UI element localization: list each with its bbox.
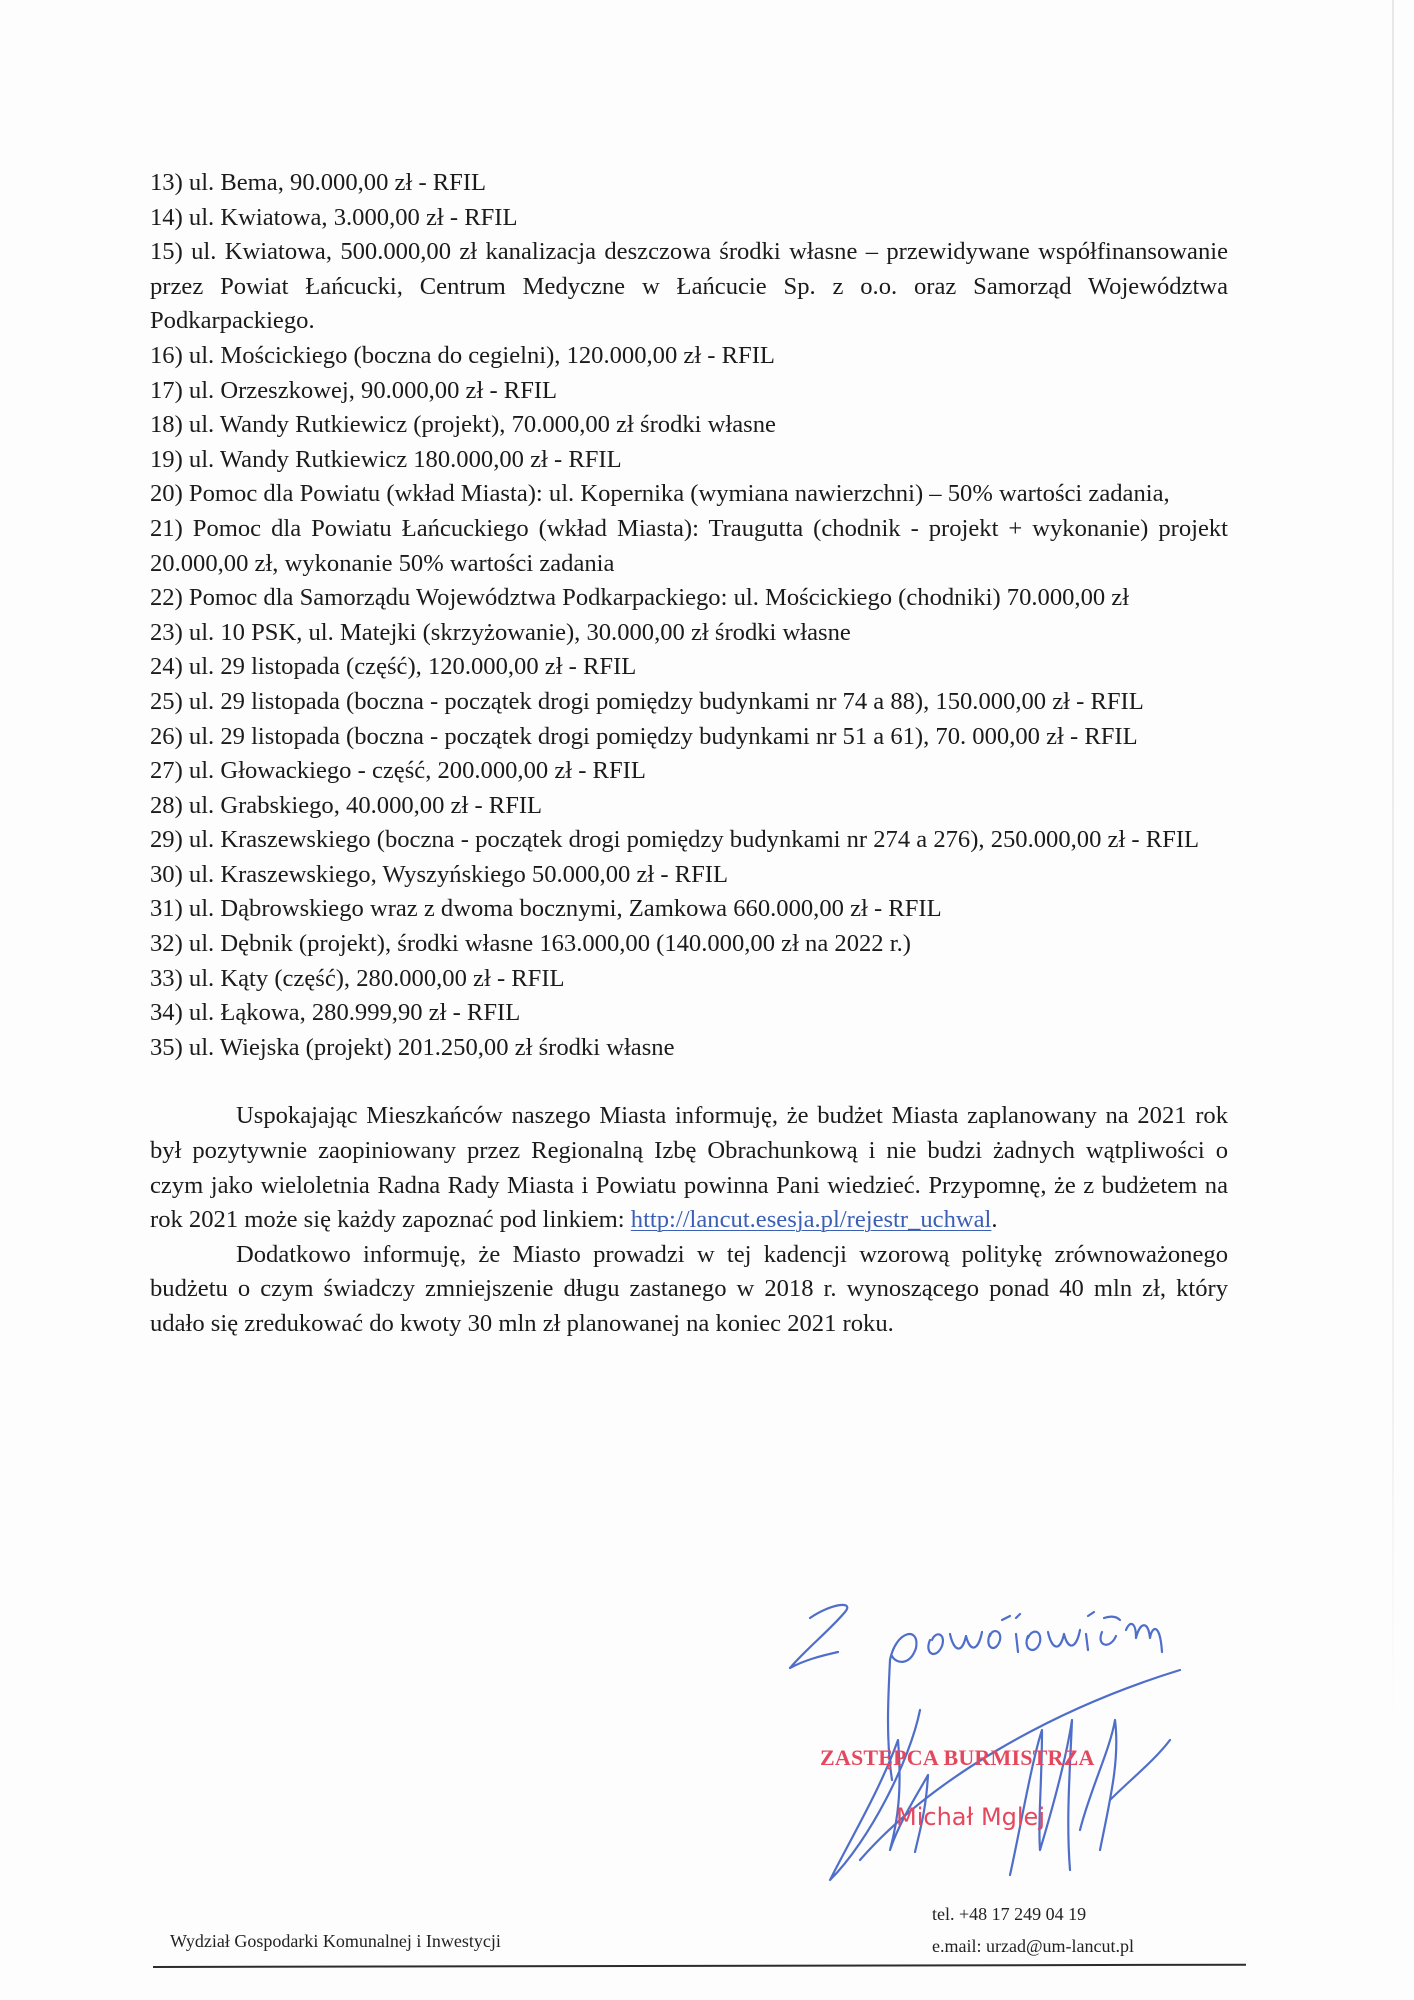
list-item: 17) ul. Orzeszkowej, 90.000,00 zł - RFIL [150, 374, 1228, 409]
stamp-title: ZASTĘPCA BURMISTRZA [820, 1745, 1126, 1771]
list-item: 25) ul. 29 listopada (boczna - początek … [150, 685, 1228, 720]
list-item: 31) ul. Dąbrowskiego wraz z dwoma boczny… [150, 892, 1228, 927]
list-item: 23) ul. 10 PSK, ul. Matejki (skrzyżowani… [150, 616, 1228, 651]
list-item: 16) ul. Mościckiego (boczna do cegielni)… [150, 339, 1228, 374]
list-item: 24) ul. 29 listopada (część), 120.000,00… [150, 650, 1228, 685]
list-item: 35) ul. Wiejska (projekt) 201.250,00 zł … [150, 1031, 1228, 1066]
list-item: 28) ul. Grabskiego, 40.000,00 zł - RFIL [150, 789, 1228, 824]
investment-list: 13) ul. Bema, 90.000,00 zł - RFIL 14) ul… [150, 166, 1228, 1065]
list-item: 27) ul. Głowackiego - część, 200.000,00 … [150, 754, 1228, 789]
budget-paragraph: Uspokajając Mieszkańców naszego Miasta i… [150, 1099, 1228, 1237]
scan-artifact-line [1392, 0, 1394, 1720]
footer-phone: tel. +48 17 249 04 19 [932, 1898, 1134, 1930]
list-item: 13) ul. Bema, 90.000,00 zł - RFIL [150, 166, 1228, 201]
stamp-name: Michał Mglej [896, 1803, 1045, 1831]
list-item: 20) Pomoc dla Powiatu (wkład Miasta): ul… [150, 477, 1228, 512]
list-item: 30) ul. Kraszewskiego, Wyszyńskiego 50.0… [150, 858, 1228, 893]
footer-department: Wydział Gospodarki Komunalnej i Inwestyc… [170, 1931, 501, 1952]
list-item: 22) Pomoc dla Samorządu Województwa Podk… [150, 581, 1228, 616]
document-page: 13) ul. Bema, 90.000,00 zł - RFIL 14) ul… [0, 0, 1414, 2000]
budget-resolutions-link[interactable]: http://lancut.esesja.pl/rejestr_uchwal [631, 1206, 992, 1233]
footer-contact: tel. +48 17 249 04 19 e.mail: urzad@um-l… [932, 1898, 1134, 1962]
document-body: 13) ul. Bema, 90.000,00 zł - RFIL 14) ul… [150, 166, 1228, 1342]
list-item: 32) ul. Dębnik (projekt), środki własne … [150, 927, 1228, 962]
debt-paragraph: Dodatkowo informuję, że Miasto prowadzi … [150, 1238, 1228, 1342]
spacer [150, 1065, 1228, 1099]
list-item: 34) ul. Łąkowa, 280.999,90 zł - RFIL [150, 996, 1228, 1031]
list-item: 21) Pomoc dla Powiatu Łańcuckiego (wkład… [150, 512, 1228, 581]
list-item: 29) ul. Kraszewskiego (boczna - początek… [150, 823, 1228, 858]
list-item: 18) ul. Wandy Rutkiewicz (projekt), 70.0… [150, 408, 1228, 443]
list-item: 15) ul. Kwiatowa, 500.000,00 zł kanaliza… [150, 235, 1228, 339]
footer-email: e.mail: urzad@um-lancut.pl [932, 1930, 1134, 1962]
budget-paragraph-end: . [991, 1206, 997, 1233]
footer-divider [153, 1964, 1246, 1968]
list-item: 19) ul. Wandy Rutkiewicz 180.000,00 zł -… [150, 443, 1228, 478]
list-item: 26) ul. 29 listopada (boczna - początek … [150, 720, 1228, 755]
list-item: 33) ul. Kąty (część), 280.000,00 zł - RF… [150, 962, 1228, 997]
list-item: 14) ul. Kwiatowa, 3.000,00 zł - RFIL [150, 201, 1228, 236]
